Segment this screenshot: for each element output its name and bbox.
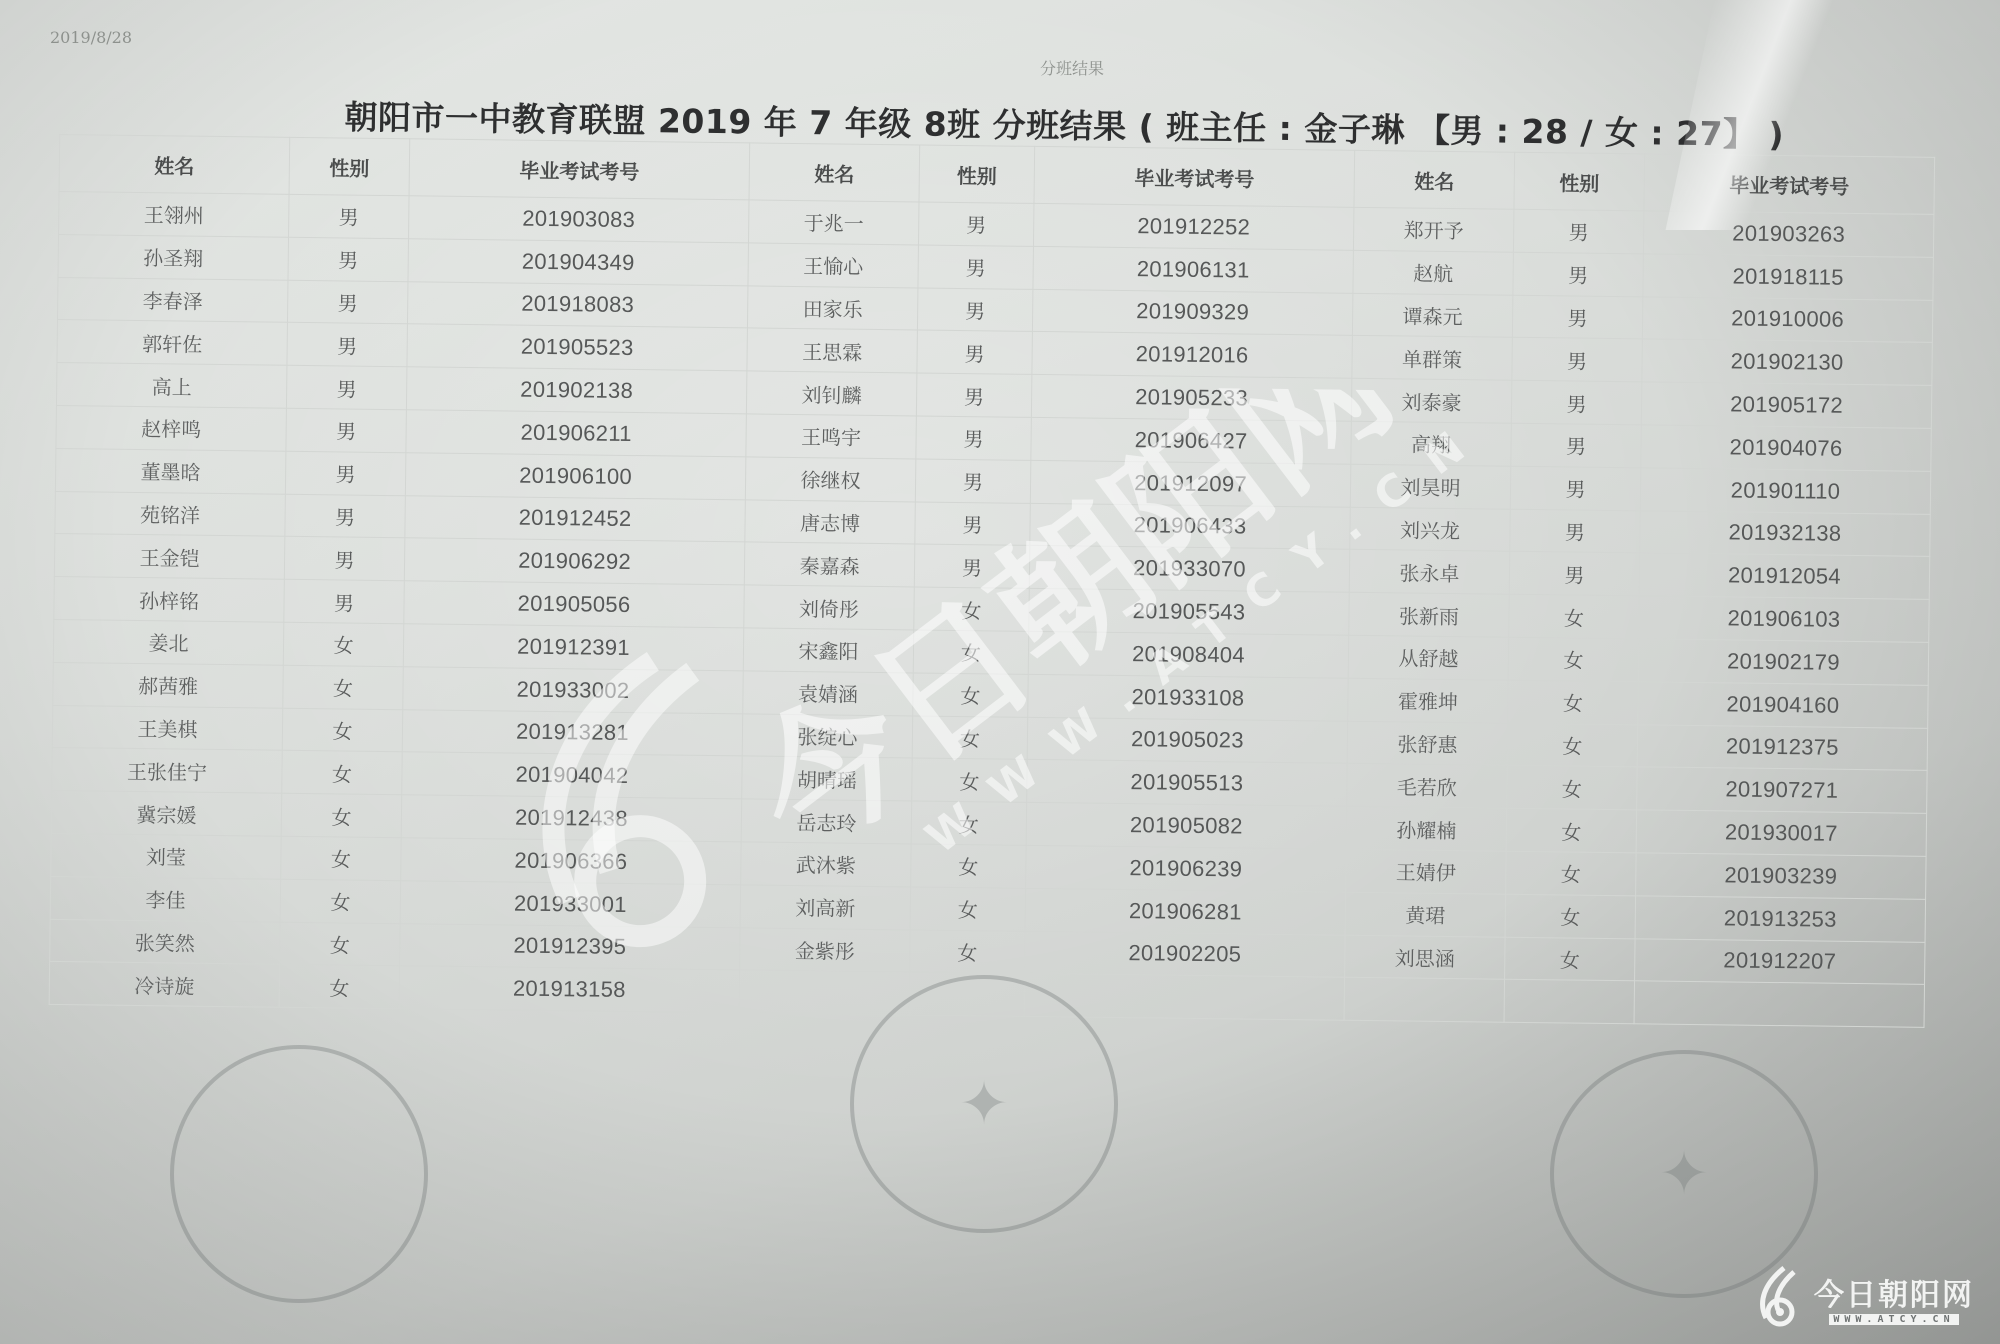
student-gender-cell: 男 [915, 502, 1031, 546]
student-name-cell: 刘兴龙 [1350, 507, 1511, 552]
student-name-cell: 李春泽 [57, 277, 288, 323]
student-name-cell: 单群策 [1352, 336, 1513, 381]
student-name-cell: 王金铠 [54, 534, 285, 580]
student-gender-cell: 男 [1509, 552, 1640, 596]
student-name-cell: 赵航 [1353, 250, 1514, 295]
student-gender-cell: 男 [1510, 509, 1641, 553]
official-seal-icon [170, 1045, 428, 1303]
exam-id-cell: 201906427 [1031, 417, 1351, 464]
exam-id-cell: 201912054 [1639, 553, 1930, 599]
student-name-cell: 王愉心 [748, 243, 919, 288]
student-name-cell: 徐继权 [745, 457, 916, 502]
student-name-cell: 武沐紫 [741, 842, 912, 887]
exam-id-cell: 201909329 [1032, 289, 1352, 336]
column-header-exam-id: 毕业考试考号 [1644, 154, 1935, 215]
exam-id-cell: 201910006 [1642, 296, 1933, 342]
student-name-cell: 董墨晗 [55, 448, 286, 494]
student-name-cell [739, 970, 910, 1015]
student-gender-cell: 男 [918, 245, 1034, 289]
exam-id-cell: 201912391 [403, 624, 743, 671]
exam-id-cell: 201912252 [1033, 203, 1353, 250]
student-name-cell: 高翔 [1351, 421, 1512, 466]
student-name-cell: 刘钊麟 [746, 371, 917, 416]
student-gender-cell: 女 [1509, 594, 1640, 638]
student-name-cell: 王美棋 [52, 705, 283, 751]
exam-id-cell: 201904160 [1638, 682, 1929, 728]
exam-id-cell: 201933070 [1029, 546, 1349, 593]
student-gender-cell: 女 [911, 801, 1027, 845]
student-name-cell: 刘高新 [740, 885, 911, 930]
column-header-exam-id: 毕业考试考号 [409, 139, 750, 200]
roster-grid: 姓名 性别 毕业考试考号 姓名 性别 毕业考试考号 姓名 性别 毕业考试考号 王… [49, 134, 1936, 1028]
student-gender-cell: 女 [913, 673, 1029, 717]
student-name-cell: 于兆一 [748, 200, 919, 245]
exam-id-cell: 201906100 [405, 453, 745, 500]
student-gender-cell: 男 [286, 365, 407, 409]
exam-id-cell: 201912375 [1637, 724, 1928, 770]
student-name-cell: 谭森元 [1352, 293, 1513, 338]
student-name-cell: 从舒越 [1348, 635, 1509, 680]
student-gender-cell: 男 [916, 416, 1032, 460]
exam-id-cell: 201912395 [400, 923, 740, 970]
exam-id-cell: 201912016 [1032, 332, 1352, 379]
official-seal-icon: ✦ [1550, 1050, 1818, 1298]
student-name-cell: 李佳 [50, 876, 281, 922]
student-name-cell: 孙梓铭 [54, 577, 285, 623]
student-name-cell: 刘思涵 [1345, 935, 1506, 980]
exam-id-cell: 201905543 [1029, 589, 1349, 636]
exam-id-cell: 201905082 [1026, 803, 1346, 850]
student-name-cell: 刘昊明 [1350, 464, 1511, 509]
student-name-cell: 刘莹 [51, 833, 282, 879]
exam-id-cell: 201903083 [409, 196, 749, 243]
student-name-cell: 黄珺 [1345, 892, 1506, 937]
exam-id-cell: 201918083 [407, 281, 747, 328]
student-name-cell: 王婧伊 [1346, 849, 1507, 894]
student-gender-cell: 女 [283, 622, 404, 666]
exam-id-cell: 201906292 [404, 538, 744, 585]
student-gender-cell: 男 [287, 323, 408, 367]
student-gender-cell [909, 972, 1025, 1016]
student-name-cell [1344, 978, 1505, 1023]
student-name-cell: 孙圣翔 [58, 234, 289, 280]
student-name-cell: 郝茜雅 [53, 662, 284, 708]
exam-id-cell: 201913281 [402, 709, 742, 756]
brand-url: WWW.ATCY.CN [1829, 1314, 1958, 1325]
student-name-cell: 冀宗媛 [51, 791, 282, 837]
column-header-name: 姓名 [749, 143, 920, 202]
brand-logo: 今日朝阳网 WWW.ATCY.CN [1750, 1264, 1974, 1330]
student-gender-cell: 女 [1505, 937, 1636, 981]
student-gender-cell: 女 [280, 879, 401, 923]
exam-id-cell: 201903263 [1643, 211, 1934, 257]
student-gender-cell: 女 [281, 836, 402, 880]
exam-id-cell: 201908404 [1028, 631, 1348, 678]
exam-id-cell: 201933108 [1028, 674, 1348, 721]
student-gender-cell: 女 [281, 793, 402, 837]
student-gender-cell: 女 [283, 665, 404, 709]
student-name-cell: 袁婧涵 [743, 671, 914, 716]
student-gender-cell: 男 [917, 288, 1033, 332]
column-header-gender: 性别 [289, 137, 410, 195]
exam-id-cell: 201902138 [406, 367, 746, 414]
student-name-cell: 田家乐 [747, 286, 918, 331]
student-name-cell: 郑开予 [1353, 207, 1514, 252]
exam-id-cell: 201905233 [1031, 375, 1351, 422]
student-name-cell: 冷诗旋 [49, 962, 280, 1008]
student-name-cell: 胡晴瑶 [742, 756, 913, 801]
student-name-cell: 唐志博 [745, 499, 916, 544]
student-gender-cell: 女 [282, 708, 403, 752]
brand-name: 今日朝阳网 [1814, 1270, 1974, 1314]
student-gender-cell: 女 [1506, 851, 1637, 895]
print-date: 2019/8/28 [50, 28, 132, 47]
column-header-exam-id: 毕业考试考号 [1034, 146, 1355, 207]
exam-id-cell: 201903239 [1636, 853, 1927, 899]
exam-id-cell: 201902205 [1025, 931, 1345, 978]
student-name-cell: 张永卓 [1349, 550, 1510, 595]
student-name-cell: 张舒惠 [1347, 721, 1508, 766]
student-gender-cell: 男 [1511, 423, 1642, 467]
student-gender-cell: 男 [1513, 209, 1644, 253]
student-gender-cell: 男 [285, 494, 406, 538]
exam-id-cell: 201906366 [401, 838, 741, 885]
student-gender-cell: 男 [289, 194, 410, 238]
exam-id-cell: 201902179 [1638, 639, 1929, 685]
student-gender-cell: 男 [1511, 380, 1642, 424]
exam-id-cell: 201902130 [1642, 339, 1933, 385]
print-page-title: 分班结果 [1040, 56, 1104, 79]
student-gender-cell [1504, 980, 1635, 1024]
student-gender-cell: 女 [913, 630, 1029, 674]
student-gender-cell: 男 [287, 280, 408, 324]
exam-id-cell: 201913158 [399, 966, 739, 1013]
exam-id-cell: 201912207 [1635, 938, 1926, 984]
student-gender-cell: 男 [1510, 466, 1641, 510]
exam-id-cell: 201906281 [1025, 888, 1345, 935]
student-name-cell: 王思霖 [747, 328, 918, 373]
student-gender-cell: 男 [916, 373, 1032, 417]
student-gender-cell: 女 [910, 887, 1026, 931]
student-gender-cell: 女 [1507, 723, 1638, 767]
exam-id-cell [1024, 974, 1344, 1021]
student-name-cell: 张绽心 [742, 713, 913, 758]
exam-id-cell: 201932138 [1640, 510, 1931, 556]
exam-id-cell: 201904042 [402, 752, 742, 799]
exam-id-cell: 201933001 [400, 880, 740, 927]
student-gender-cell: 女 [1505, 894, 1636, 938]
exam-id-cell: 201918115 [1643, 254, 1934, 300]
student-gender-cell: 女 [1507, 766, 1638, 810]
student-name-cell: 苑铭洋 [55, 491, 286, 537]
student-name-cell: 王张佳宁 [52, 748, 283, 794]
student-gender-cell: 男 [915, 459, 1031, 503]
exam-id-cell: 201904349 [408, 239, 748, 286]
exam-id-cell: 201907271 [1637, 767, 1928, 813]
student-gender-cell: 女 [912, 716, 1028, 760]
student-gender-cell: 男 [918, 202, 1034, 246]
student-gender-cell: 女 [910, 929, 1026, 973]
student-gender-cell: 女 [1508, 680, 1639, 724]
student-gender-cell: 女 [280, 922, 401, 966]
student-name-cell: 刘泰豪 [1351, 378, 1512, 423]
exam-id-cell: 201905523 [407, 324, 747, 371]
exam-id-cell: 201905056 [404, 581, 744, 628]
student-name-cell: 王鸣宇 [746, 414, 917, 459]
exam-id-cell: 201930017 [1636, 810, 1927, 856]
student-gender-cell: 男 [917, 330, 1033, 374]
student-gender-cell: 女 [1508, 637, 1639, 681]
student-name-cell: 金紫彤 [740, 927, 911, 972]
student-name-cell: 秦嘉森 [744, 542, 915, 587]
student-name-cell: 霍雅坤 [1348, 678, 1509, 723]
student-gender-cell: 男 [285, 451, 406, 495]
student-gender-cell: 男 [284, 579, 405, 623]
exam-id-cell: 201904076 [1641, 425, 1932, 471]
student-name-cell: 郭轩佐 [57, 320, 288, 366]
student-gender-cell: 女 [279, 965, 400, 1009]
column-header-name: 姓名 [1354, 150, 1515, 209]
exam-id-cell: 201906103 [1639, 596, 1930, 642]
student-gender-cell: 男 [1512, 338, 1643, 382]
student-gender-cell: 女 [912, 758, 1028, 802]
student-gender-cell: 男 [288, 237, 409, 281]
column-header-gender: 性别 [1514, 152, 1645, 211]
student-name-cell: 岳志玲 [741, 799, 912, 844]
column-header-name: 姓名 [59, 135, 290, 195]
student-gender-cell: 女 [914, 587, 1030, 631]
student-gender-cell: 男 [1512, 295, 1643, 339]
student-name-cell: 赵梓鸣 [56, 405, 287, 451]
exam-id-cell: 201913253 [1635, 896, 1926, 942]
student-name-cell: 毛若欣 [1347, 764, 1508, 809]
exam-id-cell: 201912097 [1030, 460, 1350, 507]
student-gender-cell: 女 [911, 844, 1027, 888]
column-header-gender: 性别 [919, 145, 1035, 203]
exam-id-cell: 201905513 [1027, 760, 1347, 807]
exam-id-cell: 201912438 [401, 795, 741, 842]
class-assignment-sheet: 朝阳市一中教育联盟 2019 年 7 年级 8班 分班结果 ( 班主任 : 金子… [49, 74, 1940, 1027]
student-name-cell: 宋鑫阳 [743, 628, 914, 673]
student-gender-cell: 男 [1513, 252, 1644, 296]
exam-id-cell: 201906131 [1033, 246, 1353, 293]
exam-id-cell: 201905023 [1027, 717, 1347, 764]
exam-id-cell: 201906211 [406, 410, 746, 457]
student-gender-cell: 男 [284, 537, 405, 581]
student-name-cell: 孙耀楠 [1346, 806, 1507, 851]
exam-id-cell [1634, 981, 1925, 1027]
student-gender-cell: 男 [914, 544, 1030, 588]
flame-swirl-logo-icon [1750, 1264, 1806, 1330]
exam-id-cell: 201905172 [1641, 382, 1932, 428]
exam-id-cell: 201933002 [403, 667, 743, 714]
student-gender-cell: 女 [1506, 808, 1637, 852]
student-name-cell: 王翎州 [59, 191, 290, 237]
exam-id-cell: 201906433 [1030, 503, 1350, 550]
student-gender-cell: 女 [282, 751, 403, 795]
student-name-cell: 姜北 [53, 619, 284, 665]
student-gender-cell: 男 [286, 408, 407, 452]
student-name-cell: 张新雨 [1349, 592, 1510, 637]
exam-id-cell: 201912452 [405, 495, 745, 542]
exam-id-cell: 201901110 [1640, 468, 1931, 514]
student-name-cell: 高上 [56, 363, 287, 409]
class-roster-table: 姓名 性别 毕业考试考号 姓名 性别 毕业考试考号 姓名 性别 毕业考试考号 王… [49, 134, 1936, 1028]
student-name-cell: 张笑然 [50, 919, 281, 965]
student-name-cell: 刘倚彤 [744, 585, 915, 630]
exam-id-cell: 201906239 [1026, 845, 1346, 892]
